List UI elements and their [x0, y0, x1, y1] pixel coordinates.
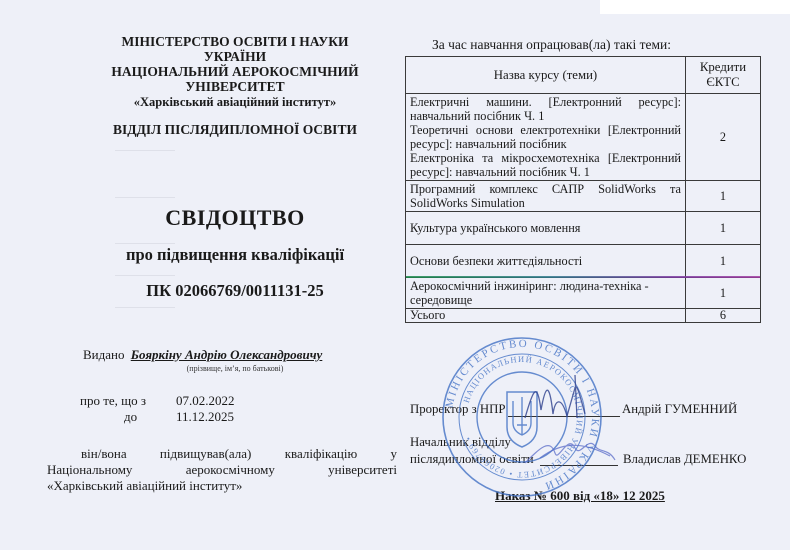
department-name: ВІДДІЛ ПІСЛЯДИПЛОМНОЇ ОСВІТИ	[70, 122, 400, 137]
prorector-title: Проректор з НПР	[410, 402, 505, 417]
table-header-row: Назва курсу (теми) Кредити ЄКТС	[406, 57, 761, 94]
table-row: Електричні машини. [Електронний ресурс]:…	[406, 94, 761, 181]
column-header-credits: Кредити ЄКТС	[686, 57, 761, 94]
table-row: Програмний комплекс САПР SolidWorks та S…	[406, 181, 761, 212]
order-reference: Наказ № 600 від «18» 12 2025	[495, 488, 665, 504]
signature-line	[540, 465, 618, 466]
statement-line: «Харківський авіаційний інститут»	[47, 478, 397, 494]
university-line: НАЦІОНАЛЬНИЙ АЕРОКОСМІЧНИЙ	[70, 64, 400, 79]
bleed-through-line	[115, 243, 175, 244]
ministry-line: УКРАЇНИ	[70, 49, 400, 64]
credits-cell: 1	[686, 212, 761, 245]
head-title-line1: Начальник відділу	[410, 435, 511, 450]
certificate-title: СВІДОЦТВО	[70, 205, 400, 231]
credits-cell: 1	[686, 278, 761, 309]
certificate-number: ПК 02066769/0011131-25	[70, 281, 400, 301]
statement-line: він/вона підвищував(ала) кваліфікацію у	[47, 446, 397, 462]
credits-header-line: ЄКТС	[706, 75, 739, 89]
period-to-label: до	[124, 409, 137, 425]
statement-line: Національному аерокосмічному університет…	[47, 462, 397, 478]
recipient-name: Бояркіну Андрію Олександровичу	[131, 347, 323, 362]
bleed-through-line	[115, 307, 175, 308]
institute-name: «Харківський авіаційний інститут»	[70, 94, 400, 111]
issuer-header: МІНІСТЕРСТВО ОСВІТИ І НАУКИ УКРАЇНИ НАЦІ…	[70, 34, 400, 137]
table-total-row: Усього 6	[406, 309, 761, 323]
course-cell: Аерокосмічний інжиніринг: людина-техніка…	[406, 278, 686, 309]
course-cell: Культура українського мовлення	[406, 212, 686, 245]
bleed-through-line	[115, 150, 175, 151]
qualification-statement: він/вона підвищував(ала) кваліфікацію у …	[47, 446, 397, 494]
course-title: Електроніка та мікросхемотехніка [Електр…	[410, 151, 681, 179]
credits-header-line: Кредити	[700, 60, 746, 74]
total-label: Усього	[406, 309, 686, 323]
total-credits: 6	[686, 309, 761, 323]
course-title: Теоретичні основи електротехніки [Електр…	[410, 123, 681, 151]
name-caption: (прізвище, ім’я, по батькові)	[160, 364, 310, 373]
credits-cell: 2	[686, 94, 761, 181]
ministry-line: МІНІСТЕРСТВО ОСВІТИ І НАУКИ	[70, 34, 400, 49]
issued-to: Видано Бояркіну Андрію Олександровичу	[83, 347, 322, 363]
head-name: Владислав ДЕМЕНКО	[623, 452, 746, 467]
page-margin	[600, 0, 808, 14]
bleed-through-line	[115, 275, 175, 276]
topics-intro: За час навчання опрацював(ла) такі теми:	[432, 37, 671, 53]
period-from-label: про те, що з	[80, 393, 146, 409]
certificate-subtitle: про підвищення кваліфікації	[70, 245, 400, 265]
table-row: Аерокосмічний інжиніринг: людина-техніка…	[406, 278, 761, 309]
credits-cell: 1	[686, 245, 761, 278]
issued-label: Видано	[83, 347, 124, 362]
credits-cell: 1	[686, 181, 761, 212]
prorector-name: Андрій ГУМЕННИЙ	[622, 402, 737, 417]
column-header-course: Назва курсу (теми)	[406, 57, 686, 94]
university-line: УНІВЕРСИТЕТ	[70, 79, 400, 94]
course-title: Електричні машини. [Електронний ресурс]:…	[410, 95, 681, 123]
period-to-date: 11.12.2025	[176, 409, 234, 425]
bleed-through-line	[115, 197, 175, 198]
signature-line	[508, 416, 620, 417]
course-cell: Основи безпеки життєдіяльності	[406, 245, 686, 278]
topics-table: Назва курсу (теми) Кредити ЄКТС Електрич…	[405, 56, 761, 323]
course-cell: Програмний комплекс САПР SolidWorks та S…	[406, 181, 686, 212]
course-cell: Електричні машини. [Електронний ресурс]:…	[406, 94, 686, 181]
head-title-line2: післядипломної освіти	[410, 452, 534, 467]
table-row: Основи безпеки життєдіяльності 1	[406, 245, 761, 278]
scan-artifact-line	[406, 276, 760, 278]
table-row: Культура українського мовлення 1	[406, 212, 761, 245]
period-from-date: 07.02.2022	[176, 393, 235, 409]
